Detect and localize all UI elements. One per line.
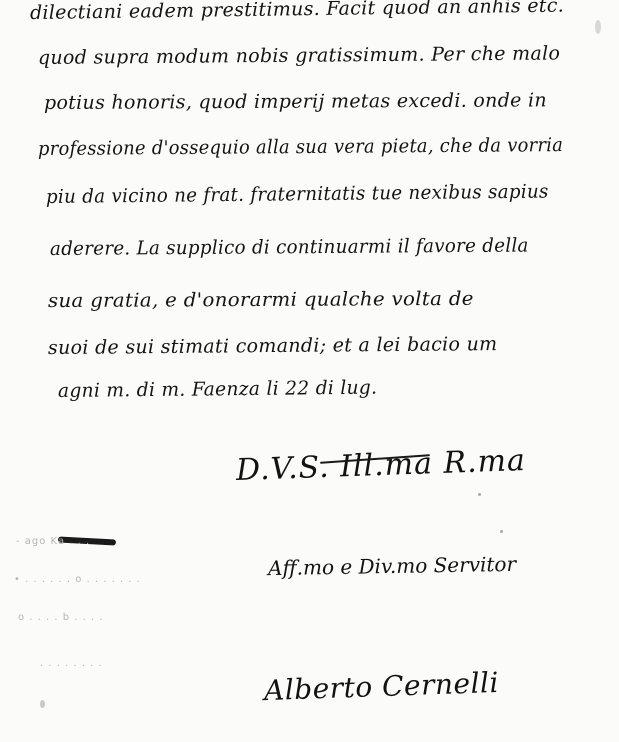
letter-line-6: aderere. La supplico di continuarmi il f…	[50, 235, 529, 260]
faded-note-1: - ago Ka . . .	[16, 536, 90, 547]
letter-line-8: suoi de sui stimati comandi; et a lei ba…	[48, 333, 498, 359]
letter-line-1: dilectiani eadem prestitimus. Facit quod…	[30, 0, 564, 24]
letter-line-2: quod supra modum nobis gratissimum. Per …	[38, 42, 560, 69]
faded-note-4: . . . . . . . .	[40, 658, 103, 669]
paper-speck	[478, 493, 481, 496]
letter-line-9: agni m. di m. Faenza li 22 di lug.	[58, 377, 377, 402]
faded-note-3: o . . . . b . . . .	[18, 612, 104, 623]
subscription-line: Aff.mo e Div.mo Servitor	[268, 552, 516, 580]
paper-speck	[595, 20, 601, 34]
letter-line-3: potius honoris, quod imperij metas exced…	[44, 89, 547, 114]
faded-note-2: • . . . . . . o . . . . . . .	[14, 574, 141, 585]
letter-line-4: professione d'ossequio alla sua vera pie…	[38, 134, 563, 160]
signature: Alberto Cernelli	[263, 666, 499, 707]
paper-speck	[40, 700, 45, 708]
closing-salutation: D.V.S. Ill.ma R.ma	[235, 443, 526, 488]
letter-line-7: sua gratia, e d'onorarmi qualche volta d…	[48, 288, 474, 312]
paper-speck	[500, 530, 503, 533]
manuscript-page: dilectiani eadem prestitimus. Facit quod…	[0, 0, 619, 742]
letter-line-5: piu da vicino ne frat. fraternitatis tue…	[46, 181, 549, 208]
